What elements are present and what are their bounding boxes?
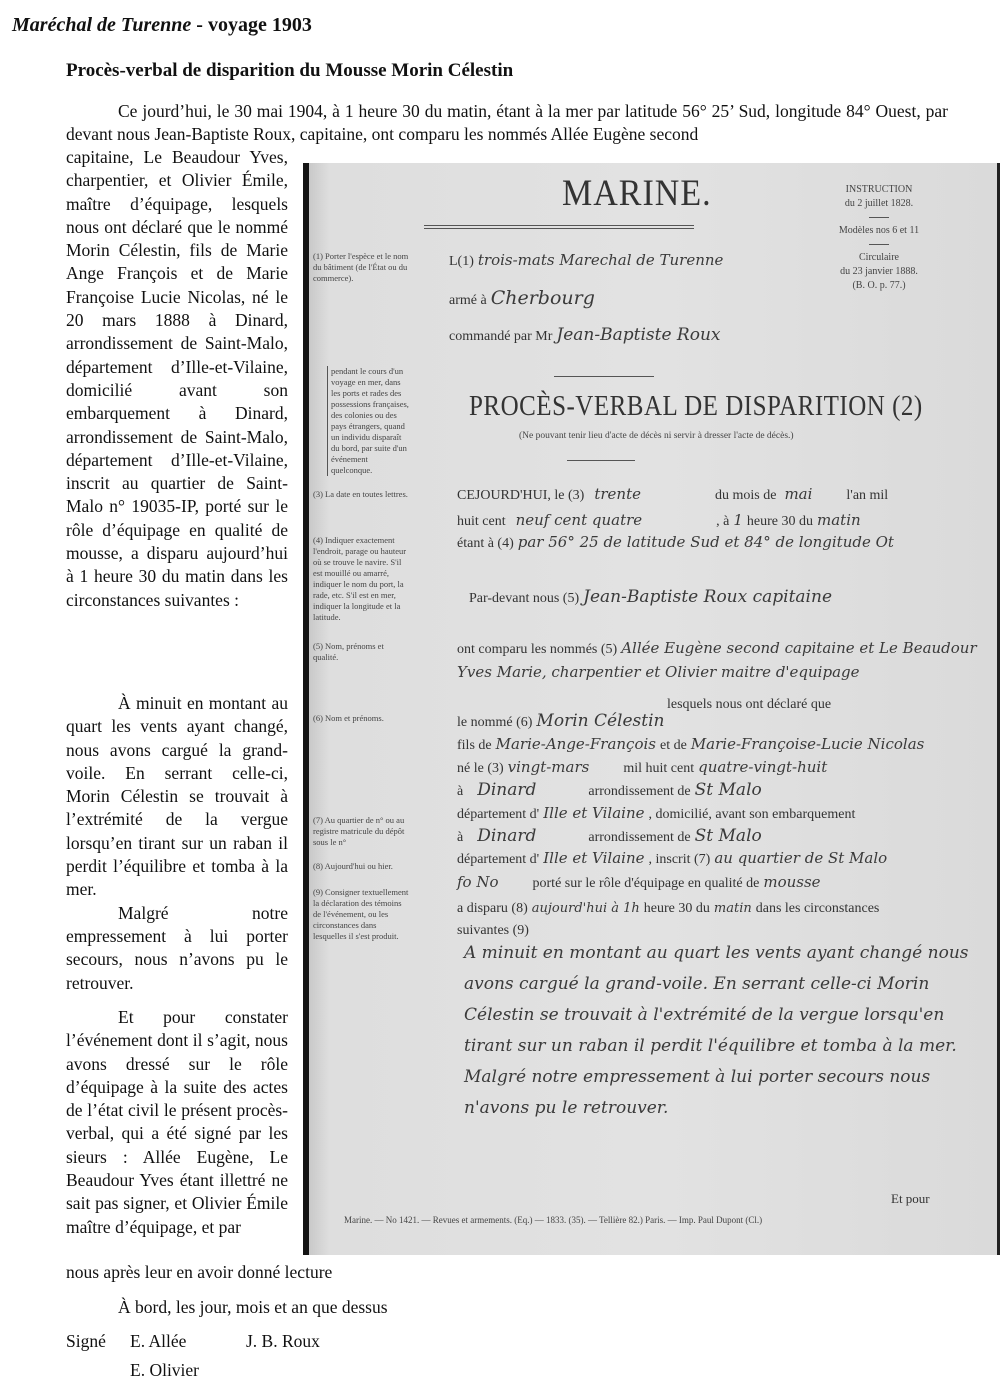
margin-note-4: (4) Indiquer exactement l'endroit, parag… [313, 535, 409, 623]
form-value: St Malo [695, 780, 762, 800]
scanned-document-image: MARINE. INSTRUCTION du 2 juillet 1828. M… [303, 163, 1000, 1255]
form-value: quatre-vingt-huit [698, 758, 827, 776]
form-line-comparu: ont comparu les nommés (5) Allée Eugène … [457, 637, 997, 684]
column-paragraph-2: À minuit en montant au quart les vents a… [66, 692, 288, 995]
signature-roux: J. B. Roux [246, 1331, 320, 1352]
handwritten-narrative: A minuit en montant au quart les vents a… [464, 938, 984, 1124]
form-line-position: étant à (4) par 56° 25 de latitude Sud e… [457, 533, 894, 552]
form-label: département d' [457, 852, 539, 867]
header-title: Maréchal de Turenne - voyage 1903 [12, 14, 312, 37]
form-value: St Malo [695, 826, 762, 846]
scan-double-rule [424, 225, 694, 229]
column-paragraph-3: Et pour constater l’événement dont il s’… [66, 1006, 288, 1239]
form-label: , inscrit (7) [649, 852, 711, 867]
meta-bo: (B. O. p. 77.) [819, 279, 939, 293]
form-line-role: fo No porté sur le rôle d'équipage en qu… [457, 873, 821, 892]
ship-line-label: L(1) [449, 254, 474, 269]
form-value: Dinard [477, 780, 536, 800]
scan-et-pour: Et pour [891, 1191, 930, 1207]
margin-note-6: (6) Nom et prénoms. [313, 713, 409, 724]
form-label: fils de [457, 738, 492, 753]
form-label: l'an mil [846, 488, 888, 503]
pv-title: PROCÈS-VERBAL DE DISPARITION (2) [469, 391, 923, 423]
header-separator: - [191, 14, 208, 36]
meta-rule [869, 217, 889, 218]
pv-subtitle: (Ne pouvant tenir lieu d'acte de décès n… [519, 431, 794, 441]
form-label: étant à (4) [457, 536, 514, 551]
form-label: CEJOURD'HUI, le (3) [457, 488, 584, 503]
margin-note-8: (8) Aujourd'hui ou hier. [313, 861, 409, 872]
ship-line: L(1) trois-mats Marechal de Turenne [449, 251, 723, 270]
column-paragraph-1: capitaine, Le Beaudour Yves, charpentier… [66, 146, 288, 612]
form-label: département d' [457, 807, 539, 822]
margin-note-9: (9) Consigner textuellement la déclarati… [313, 887, 409, 942]
form-value: par 56° 25 de latitude Sud et 84° de lon… [518, 533, 894, 551]
signature-label: Signé [66, 1331, 106, 1352]
form-label: lesquels nous ont déclaré que [667, 697, 831, 712]
form-line-departement-2: département d' Ille et Vilaine , inscrit… [457, 849, 887, 868]
margin-note-1: (1) Porter l'espèce et le nom du bâtimen… [313, 251, 409, 284]
form-label: arrondissement de [588, 830, 690, 845]
arme-line: armé à Cherbourg [449, 287, 595, 309]
scan-rule [567, 460, 635, 461]
form-label: heure 30 du [644, 901, 710, 916]
scan-heading-marine: MARINE. [562, 173, 712, 215]
voyage-label: voyage 1903 [208, 14, 312, 36]
form-line-par-devant: Par-devant nous (5) Jean-Baptiste Roux c… [469, 587, 832, 607]
intro-paragraph: Ce jourd’hui, le 30 mai 1904, à 1 heure … [66, 100, 948, 147]
meta-modeles: Modèles nos 6 et 11 [819, 224, 939, 238]
form-value: Jean-Baptiste Roux capitaine [583, 587, 832, 607]
form-value: au quartier de St Malo [714, 849, 887, 867]
signature-olivier: E. Olivier [130, 1360, 199, 1381]
form-label: ont comparu les nommés (5) [457, 642, 617, 657]
form-value: trente [594, 485, 641, 503]
margin-note-3: (3) La date en toutes lettres. [313, 489, 409, 500]
ship-name: Maréchal de Turenne [12, 14, 191, 36]
form-label: né le (3) [457, 761, 504, 776]
a-bord-line: À bord, les jour, mois et an que dessus [118, 1297, 388, 1318]
form-label: le nommé (6) [457, 715, 532, 730]
scan-meta-block: INSTRUCTION du 2 juillet 1828. Modèles n… [819, 183, 939, 293]
form-line-departement-1: département d' Ille et Vilaine , domicil… [457, 804, 855, 823]
form-label: du mois de [715, 488, 776, 503]
form-label: heure 30 du [747, 514, 813, 529]
margin-note-7: (7) Au quartier de n° ou au registre mat… [313, 815, 409, 848]
form-line-disparu: a disparu (8) aujourd'hui à 1h heure 30 … [457, 899, 879, 917]
form-label: à [457, 784, 463, 799]
form-value: mousse [763, 873, 820, 891]
commande-line-value: Jean-Baptiste Roux [556, 325, 720, 345]
form-label: et de [660, 738, 687, 753]
form-value: neuf cent quatre [516, 511, 643, 529]
form-value: 1 [733, 511, 743, 529]
form-line-date: CEJOURD'HUI, le (3) trente du mois de ma… [457, 485, 888, 504]
margin-note-5: (5) Nom, prénoms et qualité. [313, 641, 409, 663]
form-line-nomme: le nommé (6) Morin Célestin [457, 711, 665, 731]
form-value: Ille et Vilaine [543, 849, 644, 867]
form-value: Ille et Vilaine [543, 804, 644, 822]
form-label: à [457, 830, 463, 845]
form-value: matin [714, 901, 752, 916]
form-label: , à [716, 514, 729, 529]
meta-circulaire: Circulaire [819, 251, 939, 265]
meta-instruction-date: du 2 juillet 1828. [819, 197, 939, 211]
form-label: , domicilié, avant son embarquement [649, 807, 856, 822]
signature-allee: E. Allée [130, 1331, 186, 1352]
form-line-suivantes: suivantes (9) [457, 921, 529, 939]
meta-circulaire-date: du 23 janvier 1888. [819, 265, 939, 279]
form-label: fo No [457, 873, 499, 891]
commande-line-label: commandé par Mr [449, 329, 552, 344]
paragraph-declaration: capitaine, Le Beaudour Yves, charpentier… [66, 146, 288, 612]
form-label: arrondissement de [588, 784, 690, 799]
scan-print-footer: Marine. — No 1421. — Revues et armements… [344, 1215, 764, 1225]
meta-rule [869, 244, 889, 245]
form-line-lesquels: lesquels nous ont déclaré que [667, 695, 831, 713]
document-title: Procès-verbal de disparition du Mousse M… [66, 60, 513, 82]
closing-line: nous après leur en avoir donné lecture [66, 1262, 332, 1283]
form-line-birth: né le (3) vingt-mars mil huit cent quatr… [457, 758, 827, 777]
form-label: porté sur le rôle d'équipage en qualité … [533, 876, 760, 891]
form-label: Par-devant nous (5) [469, 591, 579, 606]
paragraph-search: Malgré notre empressement à lui porter s… [66, 902, 288, 995]
form-line-domicile: à Dinard arrondissement de St Malo [457, 826, 762, 846]
arme-line-label: armé à [449, 293, 487, 308]
meta-instruction: INSTRUCTION [819, 183, 939, 197]
form-value: Morin Célestin [536, 711, 664, 731]
form-value: Marie-Françoise-Lucie Nicolas [691, 735, 925, 753]
form-value: vingt-mars [508, 758, 590, 776]
form-label: a disparu (8) [457, 901, 528, 916]
form-line-birthplace: à Dinard arrondissement de St Malo [457, 780, 762, 800]
arme-line-value: Cherbourg [491, 287, 595, 309]
commande-line: commandé par Mr Jean-Baptiste Roux [449, 325, 721, 345]
paragraph-conclusion: Et pour constater l’événement dont il s’… [66, 1006, 288, 1239]
ship-line-value: trois-mats Marechal de Turenne [478, 251, 724, 269]
form-value: mai [784, 485, 812, 503]
form-value: Marie-Ange-François [496, 735, 656, 753]
form-label: dans les circonstances [756, 901, 880, 916]
scan-rule [554, 376, 654, 377]
form-label: suivantes (9) [457, 923, 529, 938]
form-value: matin [817, 511, 861, 529]
paragraph-circumstances: À minuit en montant au quart les vents a… [66, 692, 288, 902]
form-label: mil huit cent [623, 761, 694, 776]
form-value: Dinard [477, 826, 536, 846]
form-value: aujourd'hui à 1h [532, 901, 640, 916]
form-label: huit cent [457, 514, 506, 529]
margin-note-2: pendant le cours d'un voyage en mer, dan… [327, 366, 411, 476]
form-line-parents: fils de Marie-Ange-François et de Marie-… [457, 735, 924, 754]
form-line-year: huit cent neuf cent quatre , à 1 heure 3… [457, 511, 861, 530]
